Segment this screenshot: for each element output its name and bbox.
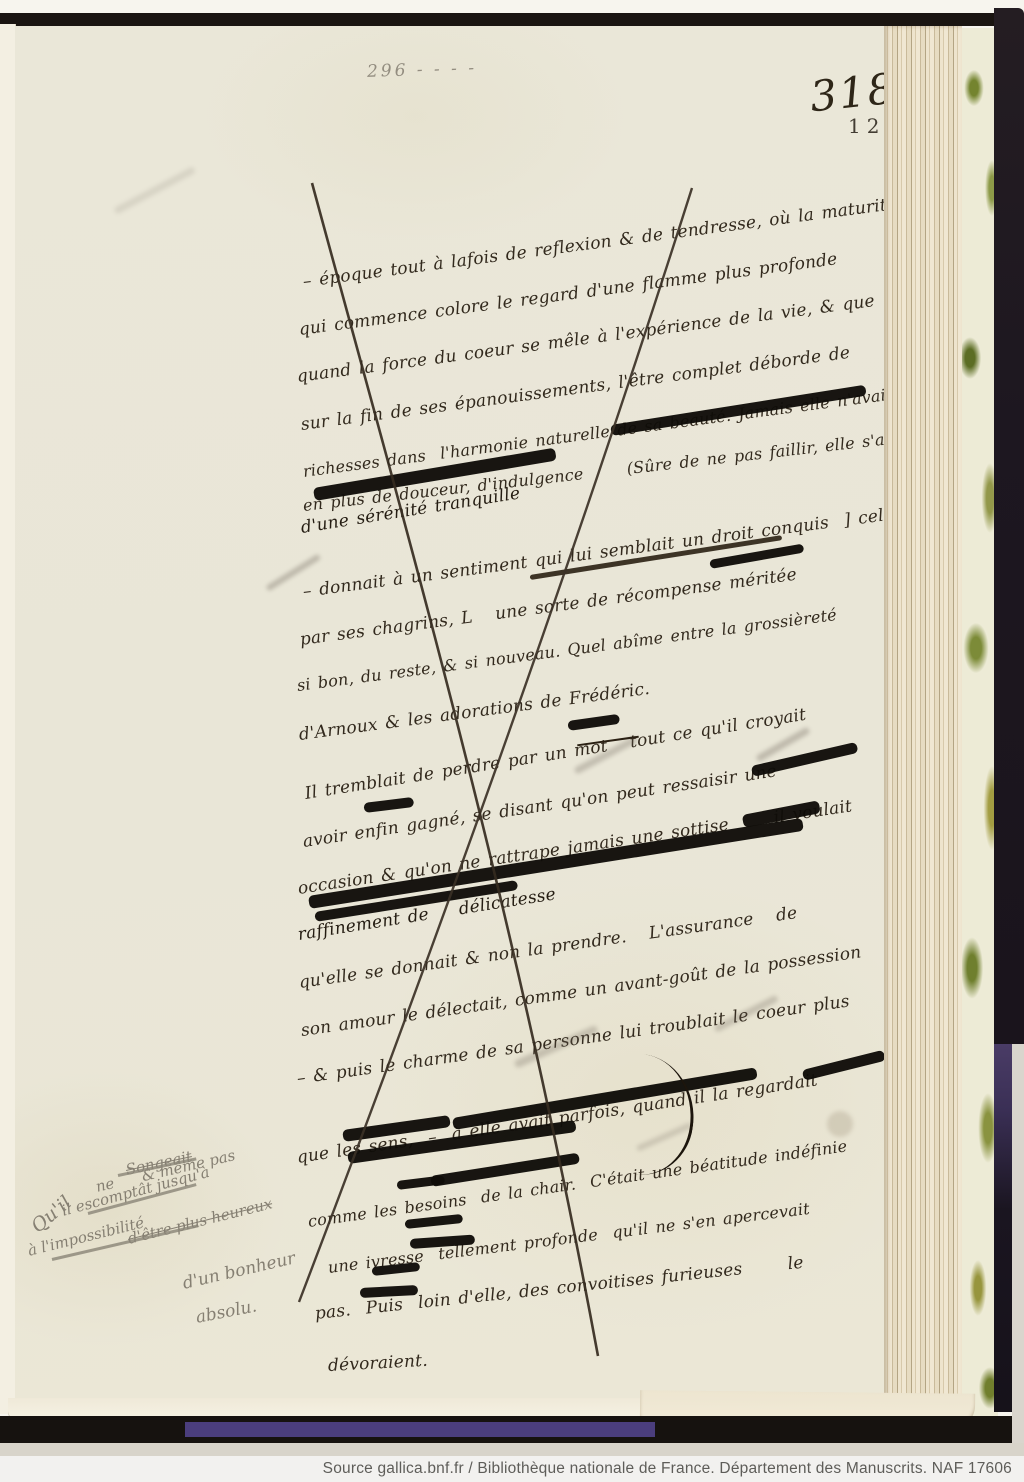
pencil-folio-number: 296 - - - - — [367, 58, 478, 82]
left-page-edge — [0, 24, 16, 1414]
scan-gray-strip — [0, 1443, 1024, 1456]
ink-smudge — [113, 166, 196, 214]
manuscript-line: quand la force du coeur se mêle à l'expé… — [296, 291, 876, 387]
manuscript-line: d'Arnoux & les adorations de Frédéric. — [298, 679, 651, 745]
purple-spine-strip-bottom — [185, 1422, 655, 1437]
manuscript-line: si bon, du reste, & si nouveau. Quel abî… — [296, 605, 838, 695]
manuscript-line: dévoraient. — [327, 1351, 428, 1376]
manuscript-scan: 296 - - - - 318 128 – époque tout à lafo… — [0, 0, 1024, 1482]
ink-stain — [827, 1111, 853, 1137]
binding-bottom-edge — [0, 1416, 1012, 1443]
ink-strikethrough — [567, 714, 620, 731]
manuscript-line: – époque tout à lafois de reflexion & de… — [302, 194, 899, 292]
page-edges-stack — [884, 26, 962, 1420]
ink-strikethrough — [802, 1050, 886, 1081]
source-caption: Source gallica.bnf.fr / Bibliothèque nat… — [323, 1460, 1012, 1478]
binding-right-cover — [994, 8, 1024, 1044]
ink-strikethrough — [751, 742, 859, 777]
marbled-endpaper — [962, 28, 998, 1418]
manuscript-page: 296 - - - - 318 128 – époque tout à lafo… — [15, 26, 884, 1398]
binding-top-edge — [0, 13, 1010, 26]
gallica-caption-bar: Source gallica.bnf.fr / Bibliothèque nat… — [0, 1456, 1024, 1482]
ink-strikethrough — [363, 797, 414, 813]
purple-spine-strip — [994, 1044, 1012, 1412]
margin-annotation-line: d'un bonheur — [181, 1248, 298, 1293]
margin-annotation-line: d'être plus heureux — [126, 1194, 274, 1247]
margin-annotation-line: absolu. — [194, 1296, 258, 1327]
scan-right-edge — [1012, 1044, 1024, 1456]
scan-top-strip — [0, 0, 1024, 13]
manuscript-line: son amour le délectait, comme un avant-g… — [300, 942, 863, 1041]
